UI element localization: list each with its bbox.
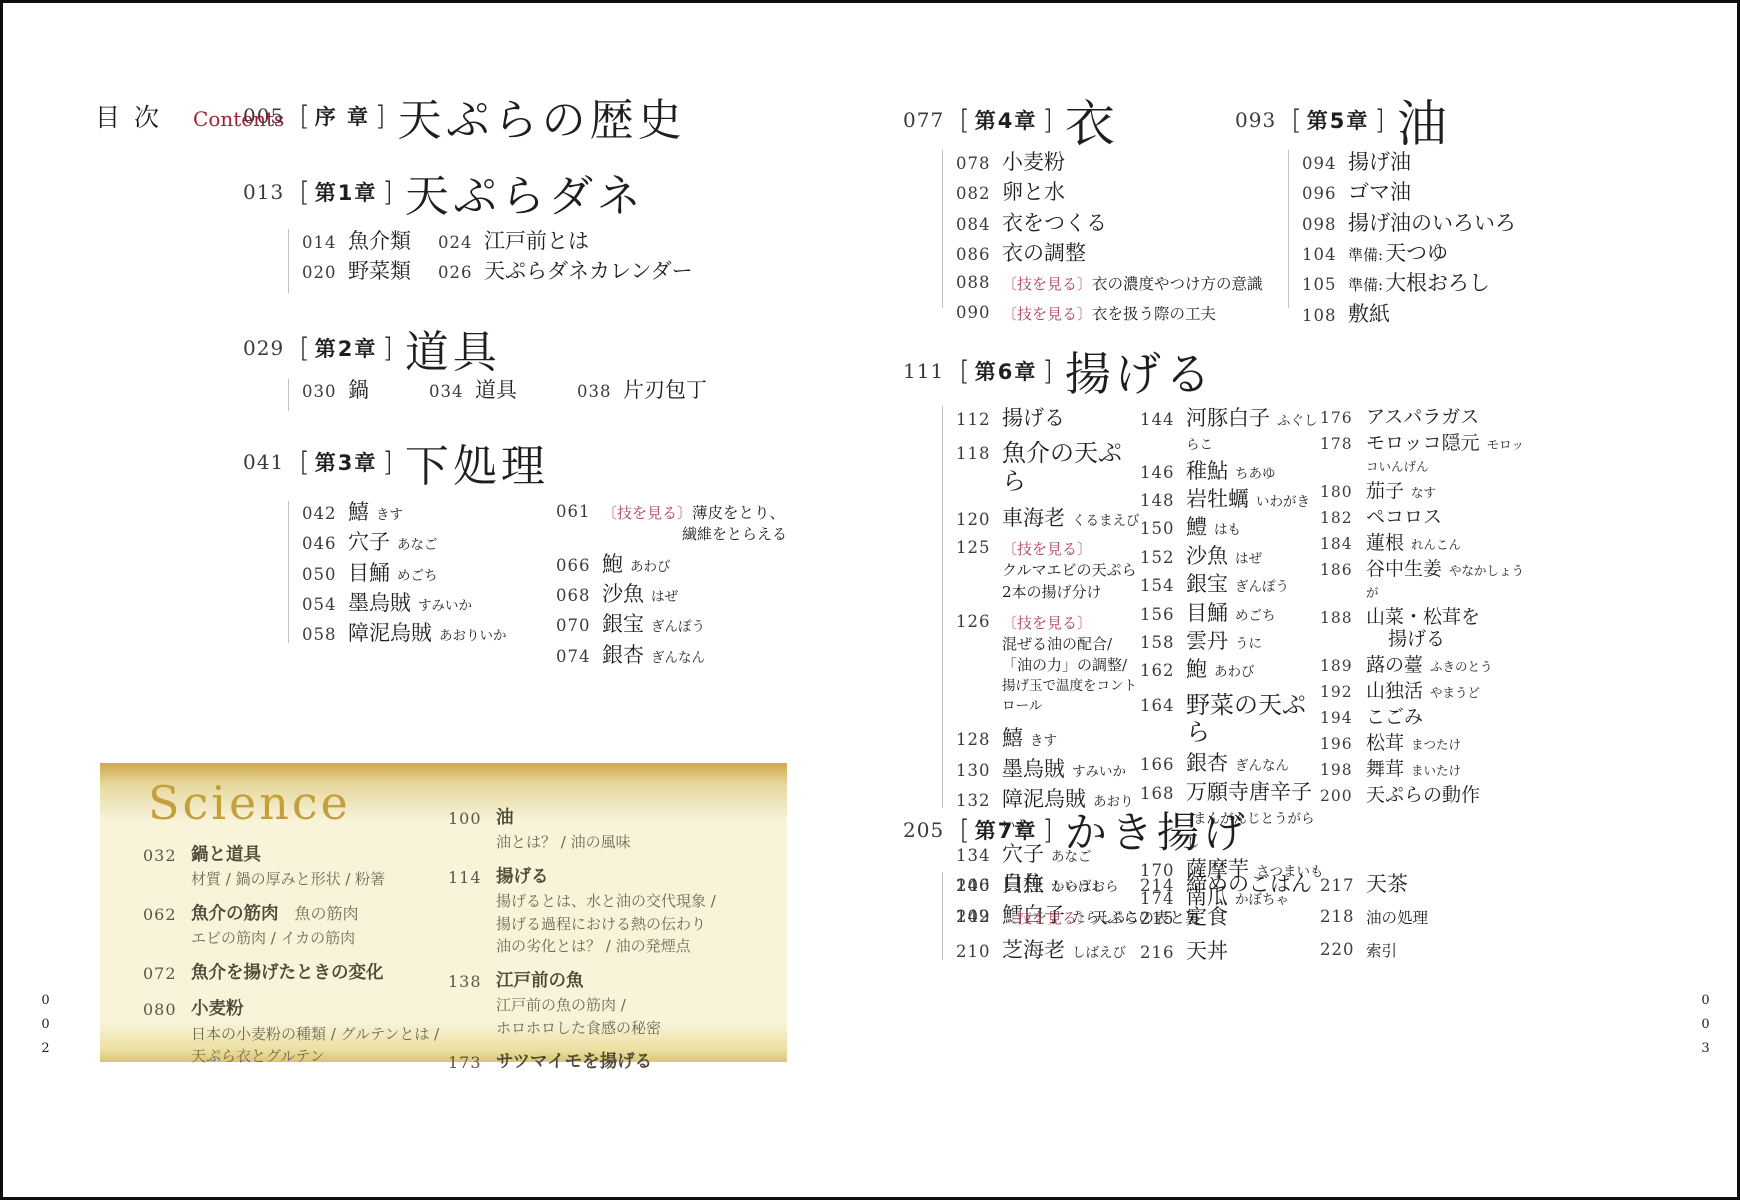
toc-item-page-number: 082 [956, 180, 1002, 204]
chapter-title: 天ぷらダネ [405, 160, 645, 224]
science-item-subline: 材質 / 鍋の厚みと形状 / 粉箸 [191, 868, 385, 891]
chapter-page-number: 029 [243, 336, 284, 360]
bracket-open: [ [959, 356, 970, 387]
toc-item-page-number: 098 [1302, 211, 1348, 235]
science-item-title: 小麦粉 [191, 999, 244, 1019]
toc-item-title: 片刃包丁 [623, 378, 707, 402]
toc-item-kana: すみいか [1072, 764, 1126, 780]
toc-item: 068 沙魚はぜ [556, 582, 787, 606]
toc-item-kana: きす [1030, 733, 1057, 749]
toc-item-page-number: 220 [1320, 938, 1366, 962]
toc-item-page-number: 206 [956, 872, 1002, 896]
toc-item-title: こごみ [1366, 706, 1423, 728]
bracket-close: ] [382, 333, 393, 364]
toc-item-title: 小麦粉 [1002, 150, 1065, 174]
toc-item: 130 墨烏賊すみいか [956, 757, 1141, 781]
toc-item-kana: あわび [630, 559, 671, 575]
toc-item-title: 蓮根 [1366, 532, 1404, 554]
science-item-subline: ホロホロした食感の秘密 [496, 1017, 661, 1040]
toc-item-page-number: 120 [956, 506, 1002, 530]
chapter-header-2: 029 [ 第2章 ] 道具 [243, 316, 501, 380]
toc-item-kana: あおりいか [439, 628, 507, 644]
toc-item-title: 敷紙 [1348, 302, 1390, 326]
toc-item-page-number: 068 [556, 582, 602, 606]
science-item-subline: 江戸前の魚の筋肉 / [496, 994, 661, 1017]
science-item-title: サツマイモを揚げる [496, 1052, 652, 1072]
toc-item: 150 鱧はも [1140, 515, 1325, 539]
toc-item-title: 揚げ油のいろいろ [1348, 211, 1516, 235]
toc-item-page-number: 094 [1302, 150, 1348, 174]
chapter-header-7: 205 [ 第7章 ] かき揚げ [903, 800, 1249, 860]
toc-item-page-number: 054 [302, 591, 348, 615]
chapter-title: 揚げる [1065, 338, 1215, 404]
toc-item: 156 目鯒めごち [1140, 601, 1325, 625]
bracket-open: [ [299, 447, 310, 478]
toc-item-page-number: 196 [1320, 732, 1366, 754]
toc-item-page-number: 144 [1140, 406, 1186, 455]
chapter-label: 序 章 [315, 101, 370, 131]
toc-item: 128 鱚きす [956, 726, 1141, 750]
toc-item: 215 定食 [1140, 905, 1312, 929]
bracket-close: ] [382, 447, 393, 478]
toc-item: 108 敷紙 [1302, 302, 1516, 326]
toc-item: 152 沙魚はぜ [1140, 544, 1325, 568]
chapter1-items-col1: 014 魚介類 020 野菜類 [302, 229, 411, 290]
toc-item-page-number: 215 [1140, 905, 1186, 929]
toc-item-page-number: 118 [956, 440, 1002, 496]
toc-item-title: 江戸前とは [484, 229, 589, 253]
toc-item-page-number: 152 [1140, 544, 1186, 568]
chapter-header-1: 013 [ 第1章 ] 天ぷらダネ [243, 160, 645, 224]
toc-item-page-number: 176 [1320, 406, 1366, 428]
toc-item-page-number: 130 [956, 757, 1002, 781]
prep-prefix: 準備: [1348, 276, 1383, 294]
toc-item-title: 油の処理 [1366, 909, 1428, 927]
toc-item-title: 山独活 [1366, 680, 1423, 702]
bracket-close: ] [375, 101, 386, 132]
toc-item-title: 鮑 [1186, 657, 1207, 681]
toc-item-page-number: 194 [1320, 706, 1366, 728]
toc-item: 088 〔技を見る〕衣の濃度やつけ方の意識 [956, 271, 1263, 295]
toc-item: 178 モロッコ隠元モロッコいんげん [1320, 432, 1530, 476]
toc-item-page-number: 020 [302, 259, 348, 283]
toc-item-title: ゴマ油 [1348, 180, 1411, 204]
toc-item-title: 松茸 [1366, 732, 1404, 754]
toc-item-page-number: 214 [1140, 872, 1186, 896]
toc-item-title: 鍋 [348, 378, 369, 402]
chapter5-items: 094 揚げ油 096 ゴマ油 098 揚げ油のいろいろ 104 準備:天つゆ … [1302, 150, 1516, 332]
column-divider [288, 229, 289, 293]
chapter-header-4: 077 [ 第4章 ] 衣 [903, 84, 1119, 156]
tech-note-tag: 〔技を見る〕 [1002, 275, 1092, 293]
toc-item: 218 油の処理 [1320, 905, 1428, 929]
science-item-subline: 揚げる過程における熱の伝わり [496, 913, 716, 936]
toc-item-title: 鮑 [602, 552, 623, 576]
toc-item: 014 魚介類 [302, 229, 411, 253]
science-item-note: 魚の筋肉 [295, 904, 359, 923]
toc-item-page-number: 162 [1140, 657, 1186, 681]
chapter4-items: 078 小麦粉 082 卵と水 084 衣をつくる 086 衣の調整 088 〔… [956, 150, 1263, 331]
science-item: 114 揚げる 揚げるとは、水と油の交代現象 / 揚げる過程における熱の伝わり … [448, 865, 758, 958]
toc-item-title: 衣をつくる [1002, 211, 1107, 235]
toc-item-kana: まつたけ [1411, 737, 1461, 752]
toc-item-title: 銀宝 [602, 612, 644, 636]
chapter-page-number: 005 [243, 104, 284, 128]
toc-item-page-number: 184 [1320, 532, 1366, 554]
toc-item: 154 銀宝ぎんぽう [1140, 572, 1325, 596]
toc-item: 194 こごみ [1320, 706, 1530, 728]
toc-item: 166 銀杏ぎんなん [1140, 751, 1325, 775]
toc-item-title: 舞茸 [1366, 758, 1404, 780]
tech-note-tag: 〔技を見る〕 [1002, 540, 1092, 558]
toc-item: 070 銀宝ぎんぽう [556, 612, 787, 636]
toc-item: 094 揚げ油 [1302, 150, 1516, 174]
toc-item-page-number: 178 [1320, 432, 1366, 476]
column-divider [1288, 150, 1289, 308]
toc-item-page-number: 084 [956, 211, 1002, 235]
chapter1-items-col2: 024 江戸前とは 026 天ぷらダネカレンダー [438, 229, 693, 290]
toc-item-page-number: 026 [438, 259, 484, 283]
science-item: 173 サツマイモを揚げる [448, 1050, 758, 1075]
chapter-label: 第7章 [975, 815, 1038, 845]
science-item-title: 魚介を揚げたときの変化 [191, 963, 384, 983]
toc-item-kana: はぜ [1235, 551, 1262, 567]
toc-item: 196 松茸まつたけ [1320, 732, 1530, 754]
toc-item-title: 墨烏賊 [1002, 757, 1065, 781]
chapter-label: 第3章 [315, 447, 378, 477]
science-item-subline: 日本の小麦粉の種類 / グルテンとは / [191, 1023, 439, 1046]
toc-item-title: 芝海老 [1002, 938, 1065, 962]
toc-item: 192 山独活やまうど [1320, 680, 1530, 702]
science-item-page-number: 072 [143, 961, 191, 986]
toc-item-page-number: 104 [1302, 241, 1348, 265]
toc-item-kana: ふきのとう [1430, 659, 1493, 674]
toc-item-page-number: 038 [577, 378, 623, 402]
chapter-header-5: 093 [ 第5章 ] 油 [1235, 84, 1451, 156]
toc-item-kana: めごち [397, 568, 438, 584]
toc-item: 120 車海老くるまえび [956, 506, 1141, 530]
toc-item: 026 天ぷらダネカレンダー [438, 259, 693, 283]
toc-item: 024 江戸前とは [438, 229, 693, 253]
toc-item-subline: クルマエビの天ぷら [1002, 560, 1137, 582]
toc-item-page-number: 148 [1140, 487, 1186, 511]
toc-item-title: 車海老 [1002, 506, 1065, 530]
bracket-close: ] [1374, 105, 1385, 136]
toc-item: 125 〔技を見る〕 クルマエビの天ぷら 2本の揚げ分け [956, 536, 1141, 603]
toc-item: 182 ペコロス [1320, 506, 1530, 528]
toc-item-title: 野菜類 [348, 259, 411, 283]
toc-item-page-number: 189 [1320, 654, 1366, 676]
toc-item-title: 鱚 [1002, 726, 1023, 750]
toc-item-title-line2: 揚げる [1366, 628, 1526, 650]
toc-item: 074 銀杏ぎんなん [556, 643, 787, 667]
toc-item-title: モロッコ隠元 [1366, 432, 1480, 454]
toc-item: 050 目鯒めごち [302, 561, 507, 585]
toc-item: 084 衣をつくる [956, 211, 1263, 235]
chapter7-items-col3: 217 天茶 218 油の処理 220 索引 [1320, 872, 1428, 971]
chapter-page-number: 077 [903, 108, 944, 132]
toc-item: 216 天丼 [1140, 939, 1312, 963]
toc-item: 038 片刃包丁 [577, 378, 707, 402]
toc-item-page-number: 070 [556, 612, 602, 636]
toc-item-title: 山菜・松茸を [1366, 606, 1480, 628]
toc-item-kana: はも [1214, 522, 1241, 538]
toc-item: 146 稚鮎ちあゆ [1140, 459, 1325, 483]
toc-item-page-number: 024 [438, 229, 484, 253]
toc-item-page-number: 050 [302, 561, 348, 585]
column-divider [942, 872, 943, 960]
toc-item-page-number: 030 [302, 378, 348, 402]
science-title: Science [148, 776, 351, 830]
chapter-page-number: 205 [903, 818, 944, 842]
toc-item: 046 穴子あなご [302, 530, 507, 554]
toc-item-title: 蕗の薹 [1366, 654, 1423, 676]
toc-item-kana: うに [1235, 636, 1262, 652]
science-item-title: 揚げる [496, 867, 549, 887]
toc-item: 200 天ぷらの動作 [1320, 784, 1530, 806]
toc-item: 118 魚介の天ぷら [956, 440, 1141, 496]
column-divider [942, 150, 943, 308]
toc-item: 164 野菜の天ぷら [1140, 692, 1325, 748]
toc-item-title: 目鯒 [1186, 601, 1228, 625]
toc-item-page-number: 128 [956, 726, 1002, 750]
science-item-subline: 油の劣化とは？ / 油の発煙点 [496, 935, 716, 958]
toc-item-page-number: 217 [1320, 872, 1366, 896]
toc-item: 078 小麦粉 [956, 150, 1263, 174]
tech-note-tag: 〔技を見る〕 [1002, 614, 1092, 632]
toc-item: 148 岩牡蠣いわがき [1140, 487, 1325, 511]
toc-item-page-number: 198 [1320, 758, 1366, 780]
science-item-page-number: 100 [448, 806, 496, 854]
toc-item-title: 野菜の天ぷら [1186, 691, 1306, 747]
toc-item-page-number: 042 [302, 500, 348, 524]
toc-item-page-number: 086 [956, 241, 1002, 265]
toc-item-kana: ぎんぽう [651, 619, 705, 635]
toc-item-page-number: 216 [1140, 939, 1186, 963]
toc-item-title: 天丼 [1186, 939, 1228, 963]
science-item-page-number: 032 [143, 843, 191, 891]
bracket-open: [ [299, 101, 310, 132]
toc-item: 158 雲丹うに [1140, 629, 1325, 653]
toc-item-page-number: 158 [1140, 629, 1186, 653]
toc-item-page-number: 150 [1140, 515, 1186, 539]
chapter-header-intro: 005 [ 序 章 ] 天ぷらの歴史 [243, 84, 686, 148]
chapter-title: 道具 [405, 316, 501, 380]
bracket-open: [ [299, 333, 310, 364]
column-divider [942, 406, 943, 808]
tech-note-tag: 〔技を見る〕 [602, 504, 692, 522]
science-item-page-number: 114 [448, 865, 496, 958]
chapter-label: 第2章 [315, 333, 378, 363]
toc-item-page-number: 078 [956, 150, 1002, 174]
bracket-close: ] [1042, 815, 1053, 846]
chapter-header-6: 111 [ 第6章 ] 揚げる [903, 338, 1215, 404]
toc-item: 030 鍋 [302, 378, 369, 402]
toc-item-page-number: 210 [956, 938, 1002, 962]
prep-prefix: 準備: [1348, 246, 1383, 264]
toc-item-subline: 「油の力」の調整/ [1002, 655, 1141, 677]
toc-item-page-number: 180 [1320, 480, 1366, 502]
bracket-open: [ [1291, 105, 1302, 136]
toc-item: 066 鮑あわび [556, 552, 787, 576]
toc-item-kana: すみいか [418, 598, 472, 614]
toc-item-kana: ぎんなん [1235, 758, 1289, 774]
toc-item-title: 稚鮎 [1186, 459, 1228, 483]
chapter-page-number: 111 [903, 359, 944, 383]
toc-item-page-number: 209 [956, 905, 1002, 929]
bracket-close: ] [382, 177, 393, 208]
toc-item-kana: くるまえび [1072, 513, 1140, 529]
science-item: 032 鍋と道具 材質 / 鍋の厚みと形状 / 粉箸 [143, 843, 443, 891]
toc-item: 034 道具 [429, 378, 517, 402]
toc-item-title: ペコロス [1366, 506, 1442, 528]
chapter-title: 下処理 [405, 430, 549, 494]
toc-item-title: 揚げる [1002, 406, 1065, 430]
toc-item-title: 揚げ油 [1348, 150, 1411, 174]
toc-item-page-number: 166 [1140, 751, 1186, 775]
toc-item-page-number: 088 [956, 271, 1002, 295]
science-item-title: 油 [496, 808, 514, 828]
column-divider [288, 379, 289, 411]
chapter7-items-col2: 214 締めのごはん 215 定食 216 天丼 [1140, 872, 1312, 972]
tech-note-tag: 〔技を見る〕 [1002, 305, 1092, 323]
toc-item-kana: はぜ [651, 589, 678, 605]
toc-item-page-number: 125 [956, 536, 1002, 603]
toc-item-title: 衣を扱う際の工夫 [1092, 305, 1216, 323]
toc-item-title: 鱧 [1186, 515, 1207, 539]
toc-item-page-number: 146 [1140, 459, 1186, 483]
chapter3-items-col1: 042 鱚きす 046 穴子あなご 050 目鯒めごち 054 墨烏賊すみいか [302, 500, 507, 652]
toc-item-page-number: 014 [302, 229, 348, 253]
science-item-page-number: 138 [448, 969, 496, 1039]
toc-item-page-number: 112 [956, 406, 1002, 430]
toc-item-title: アスパラガス [1366, 406, 1479, 428]
science-item-subline: 油とは？ / 油の風味 [496, 831, 631, 854]
chapter-header-3: 041 [ 第3章 ] 下処理 [243, 430, 549, 494]
toc-item-page-number: 090 [956, 301, 1002, 325]
toc-item: 090 〔技を見る〕衣を扱う際の工夫 [956, 301, 1263, 325]
science-item: 138 江戸前の魚 江戸前の魚の筋肉 / ホロホロした食感の秘密 [448, 969, 758, 1039]
chapter-label: 第1章 [315, 177, 378, 207]
bracket-close: ] [1042, 105, 1053, 136]
toc-item-title: 沙魚 [1186, 544, 1228, 568]
toc-item-kana: やまうど [1430, 685, 1480, 700]
toc-item-page-number: 186 [1320, 558, 1366, 602]
toc-item: 198 舞茸まいたけ [1320, 758, 1530, 780]
toc-item-kana: ぎんぽう [1235, 579, 1289, 595]
toc-item-page-number: 066 [556, 552, 602, 576]
chapter-title: 油 [1397, 84, 1451, 156]
page-number-left: 002 [38, 993, 53, 1065]
toc-item-title: 岩牡蠣 [1186, 487, 1249, 511]
toc-item-title: 天茶 [1366, 872, 1408, 896]
toc-item-title: 銀杏 [602, 643, 644, 667]
toc-item: 096 ゴマ油 [1302, 180, 1516, 204]
toc-item-subline: 2本の揚げ分け [1002, 582, 1137, 604]
toc-item-kana: ぎんなん [651, 650, 705, 666]
toc-item-subline: 繊維をとらえる [602, 524, 787, 546]
page-number-right: 003 [1698, 993, 1713, 1065]
toc-item-page-number: 108 [1302, 302, 1348, 326]
chapter-label: 第6章 [975, 356, 1038, 386]
toc-item-kana: いわがき [1256, 494, 1310, 510]
toc-item-title: 墨烏賊 [348, 591, 411, 615]
toc-item-page-number: 096 [1302, 180, 1348, 204]
science-item: 080 小麦粉 日本の小麦粉の種類 / グルテンとは / 天ぷら衣とグルテン [143, 997, 443, 1067]
science-item-title: 江戸前の魚 [496, 971, 584, 991]
toc-item-kana: あわび [1214, 664, 1255, 680]
science-items-col1: 032 鍋と道具 材質 / 鍋の厚みと形状 / 粉箸 062 魚介の筋肉魚の筋肉… [143, 843, 443, 1079]
science-item-subline: 揚げるとは、水と油の交代現象 / [496, 890, 716, 913]
chapter3-items-col2: 061 〔技を見る〕薄皮をとり、 繊維をとらえる 066 鮑あわび 068 沙魚… [556, 500, 787, 673]
bracket-open: [ [959, 105, 970, 136]
toc-item-page-number: 034 [429, 378, 475, 402]
toc-item-subline: 混ぜる油の配合/ [1002, 634, 1141, 656]
toc-item-page-number: 154 [1140, 572, 1186, 596]
toc-item-title: 鱚 [348, 500, 369, 524]
toc-item: 189 蕗の薹ふきのとう [1320, 654, 1530, 676]
toc-item-title: 谷中生姜 [1366, 558, 1442, 580]
toc-item: 098 揚げ油のいろいろ [1302, 211, 1516, 235]
chapter6-items-col3: 176 アスパラガス 178 モロッコ隠元モロッコいんげん 180 茄子なす 1… [1320, 406, 1530, 811]
science-item-page-number: 080 [143, 997, 191, 1067]
toc-item-subline: 揚げ玉で温度をコントロール [1002, 677, 1141, 716]
toc-item-page-number: 218 [1320, 905, 1366, 929]
toc-item: 144 河豚白子ふぐしらこ [1140, 406, 1325, 455]
toc-item-page-number: 126 [956, 610, 1002, 717]
toc-item-title: 衣の調整 [1002, 241, 1086, 265]
tech-note-tag: 〔技を見る〕 [1002, 909, 1092, 927]
toc-item-title: 衣の濃度やつけ方の意識 [1092, 275, 1263, 293]
toc-item-title: 締めのごはん [1186, 872, 1312, 896]
toc-item-title: 索引 [1366, 942, 1397, 960]
toc-item: 184 蓮根れんこん [1320, 532, 1530, 554]
toc-item-page-number: 164 [1140, 692, 1186, 748]
toc-item: 214 締めのごはん [1140, 872, 1312, 896]
toc-item-page-number: 200 [1320, 784, 1366, 806]
toc-item: 180 茄子なす [1320, 480, 1530, 502]
toc-item: 126 〔技を見る〕 混ぜる油の配合/ 「油の力」の調整/ 揚げ玉で温度をコント… [956, 610, 1141, 717]
bracket-open: [ [959, 815, 970, 846]
toc-item-title: 茄子 [1366, 480, 1404, 502]
toc-item: 104 準備:天つゆ [1302, 241, 1516, 265]
toc-item-title: 銀宝 [1186, 572, 1228, 596]
toc-item-title: 魚介類 [348, 229, 411, 253]
chapter-label: 第4章 [975, 105, 1038, 135]
toc-title: 目次 [95, 98, 173, 134]
toc-item-kana: ちあゆ [1235, 466, 1276, 482]
toc-item-title: 河豚白子 [1186, 406, 1270, 430]
toc-item: 105 準備:大根おろし [1302, 271, 1516, 295]
toc-item: 186 谷中生姜やなかしょうが [1320, 558, 1530, 602]
toc-item-page-number: 046 [302, 530, 348, 554]
chapter-title: かき揚げ [1065, 800, 1249, 860]
chapter-label: 第5章 [1307, 105, 1370, 135]
toc-item-title: 穴子 [348, 530, 390, 554]
toc-item-kana: れんこん [1411, 537, 1461, 552]
science-item-page-number: 173 [448, 1050, 496, 1075]
toc-item: 162 鮑あわび [1140, 657, 1325, 681]
toc-item-title: 卵と水 [1002, 180, 1065, 204]
toc-item-kana: かいばしら [1051, 879, 1119, 895]
toc-item-title: 天つゆ [1385, 241, 1448, 265]
toc-item: 217 天茶 [1320, 872, 1428, 896]
toc-item-title: 銀杏 [1186, 751, 1228, 775]
science-items-col2: 100 油 油とは？ / 油の風味 114 揚げる 揚げるとは、水と油の交代現象… [448, 806, 758, 1087]
toc-item-page-number: 105 [1302, 271, 1348, 295]
toc-item-kana: めごち [1235, 608, 1276, 624]
toc-item-page-number: 188 [1320, 606, 1366, 650]
